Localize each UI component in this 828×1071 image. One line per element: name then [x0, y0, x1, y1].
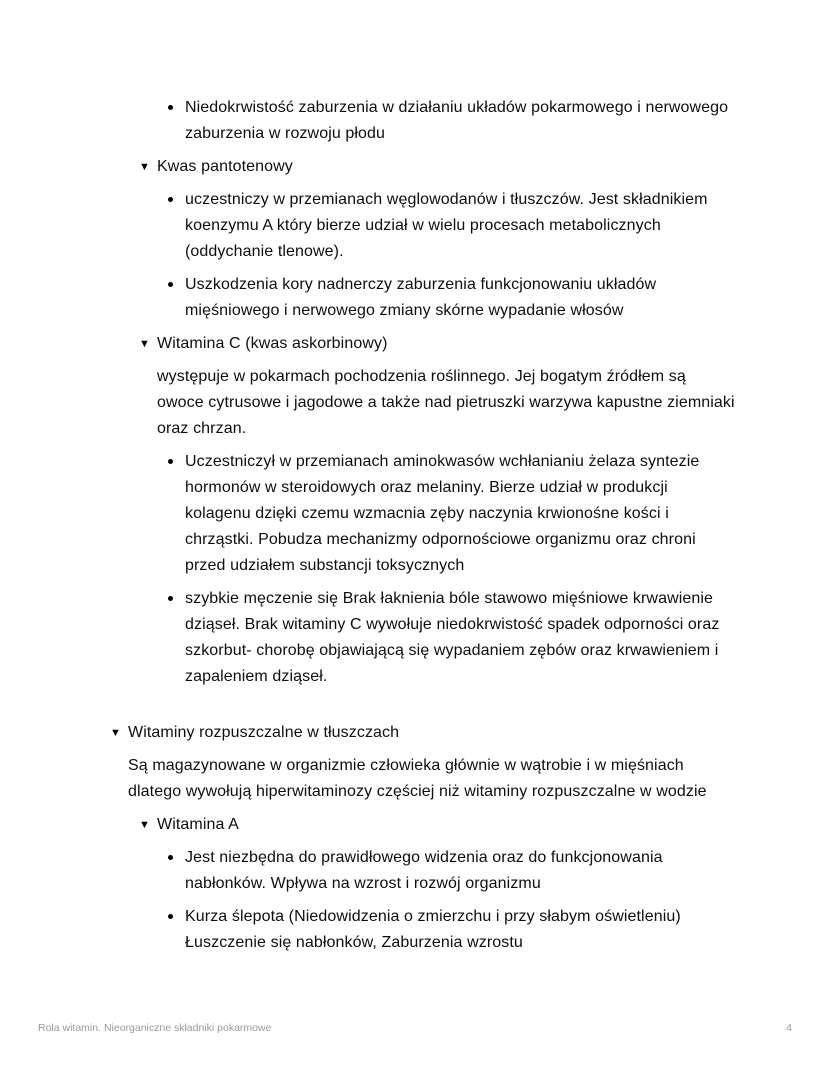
list-item-text: Niedokrwistość zaburzenia w działaniu uk…	[185, 99, 728, 142]
toggle-triangle-icon[interactable]: ▼	[139, 154, 157, 180]
toggle-label: Witaminy rozpuszczalne w tłuszczach	[128, 720, 737, 746]
list-item: Uczestniczył w przemianach aminokwasów w…	[167, 449, 737, 579]
list-item: Kurza ślepota (Niedowidzenia o zmierzchu…	[167, 904, 737, 956]
bullet-icon	[168, 282, 173, 287]
list-item: szybkie męczenie się Brak łaknienia bóle…	[167, 586, 737, 690]
list-item-text: Uszkodzenia kory nadnerczy zaburzenia fu…	[185, 276, 656, 319]
document-content: Niedokrwistość zaburzenia w działaniu uk…	[110, 95, 737, 963]
list-item: uczestniczy w przemianach węglowodanów i…	[167, 187, 737, 265]
list-item: Niedokrwistość zaburzenia w działaniu uk…	[167, 95, 737, 147]
list-item-text: uczestniczy w przemianach węglowodanów i…	[185, 191, 708, 260]
bullet-icon	[168, 596, 173, 601]
toggle-triangle-icon[interactable]: ▼	[139, 331, 157, 357]
toggle-triangle-icon[interactable]: ▼	[139, 812, 157, 838]
list-item: Jest niezbędna do prawidłowego widzenia …	[167, 845, 737, 897]
paragraph: Są magazynowane w organizmie człowieka g…	[128, 753, 737, 805]
bullet-icon	[168, 197, 173, 202]
toggle-witaminy-rozpuszczalne: ▼ Witaminy rozpuszczalne w tłuszczach	[110, 720, 737, 746]
list-item-text: Jest niezbędna do prawidłowego widzenia …	[185, 849, 663, 892]
toggle-label: Witamina A	[157, 812, 737, 838]
list-item-text: szybkie męczenie się Brak łaknienia bóle…	[185, 590, 719, 685]
list-item: Uszkodzenia kory nadnerczy zaburzenia fu…	[167, 272, 737, 324]
page-footer: Rola witamin. Nieorganiczne składniki po…	[38, 1021, 792, 1035]
toggle-witamina-a: ▼ Witamina A	[139, 812, 737, 838]
page-number: 4	[786, 1021, 792, 1035]
bullet-icon	[168, 855, 173, 860]
document-page: Niedokrwistość zaburzenia w działaniu uk…	[0, 0, 828, 1071]
paragraph: występuje w pokarmach pochodzenia roślin…	[157, 364, 737, 442]
bullet-icon	[168, 105, 173, 110]
toggle-label: Kwas pantotenowy	[157, 154, 737, 180]
toggle-label: Witamina C (kwas askorbinowy)	[157, 331, 737, 357]
list-item-text: Uczestniczył w przemianach aminokwasów w…	[185, 453, 699, 574]
toggle-kwas-pantotenowy: ▼ Kwas pantotenowy	[139, 154, 737, 180]
bullet-icon	[168, 914, 173, 919]
footer-title: Rola witamin. Nieorganiczne składniki po…	[38, 1021, 271, 1035]
list-item-text: Kurza ślepota (Niedowidzenia o zmierzchu…	[185, 908, 681, 951]
toggle-witamina-c: ▼ Witamina C (kwas askorbinowy)	[139, 331, 737, 357]
bullet-icon	[168, 459, 173, 464]
toggle-triangle-icon[interactable]: ▼	[110, 720, 128, 746]
